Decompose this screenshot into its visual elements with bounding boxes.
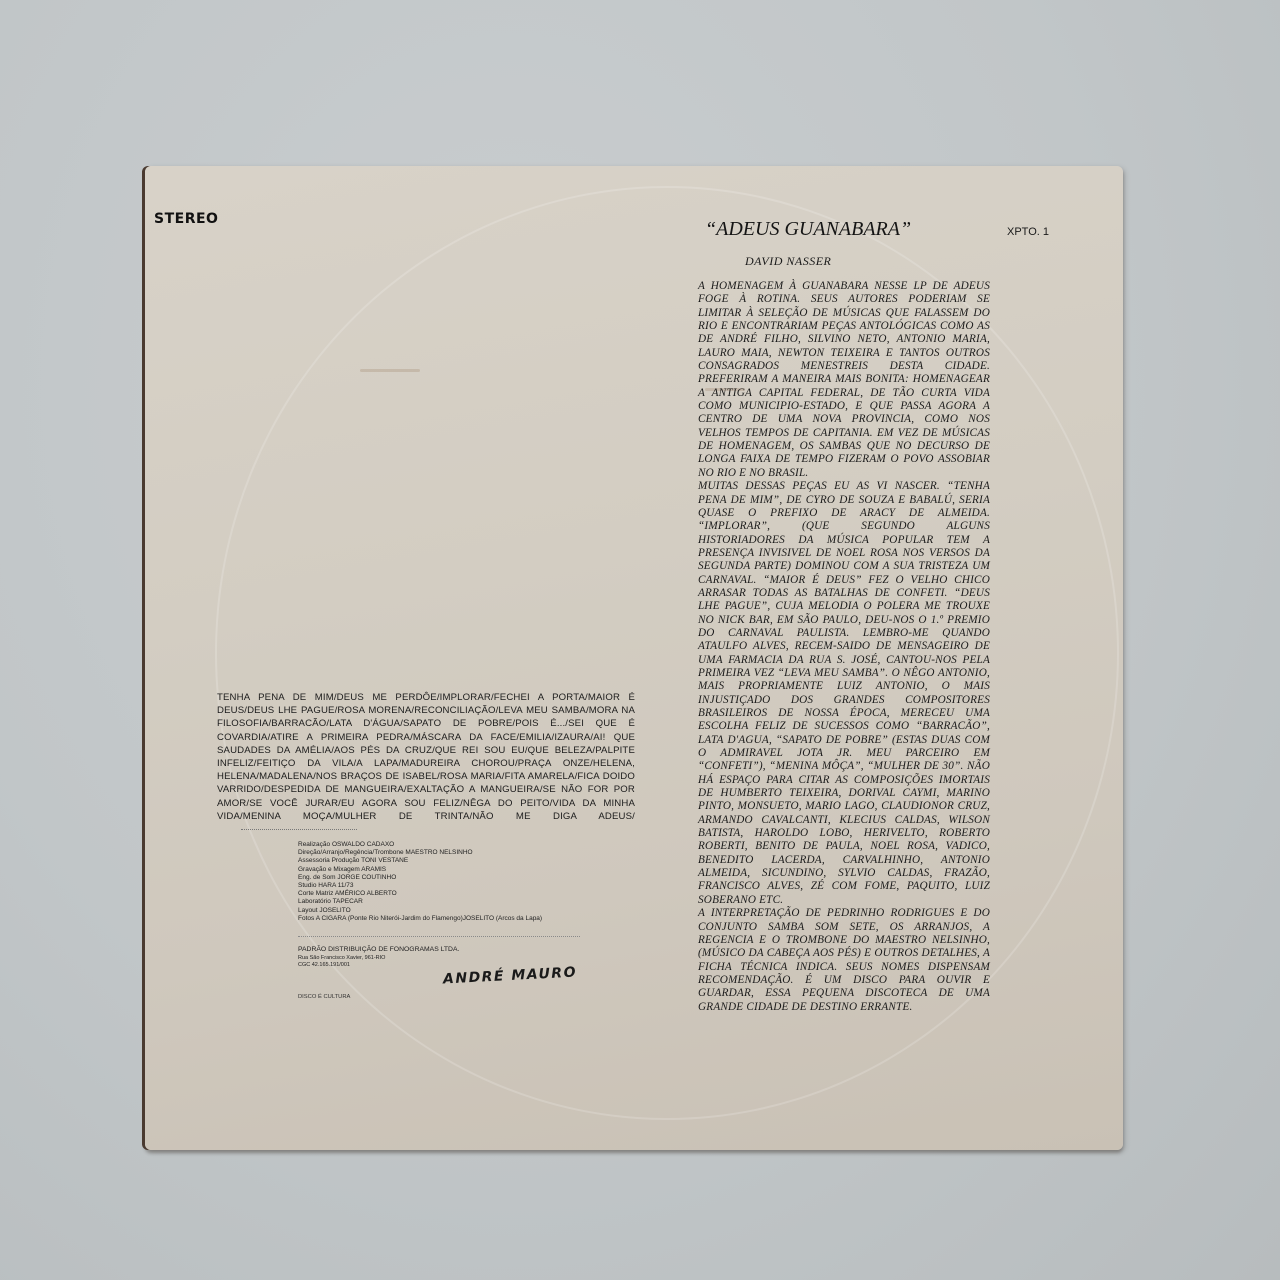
distributor-cgc: CGC 42.165.191/001	[298, 962, 459, 969]
liner-paragraph: A INTERPRETAÇÃO DE PEDRINHO RODRIGUES E …	[698, 907, 990, 1014]
liner-paragraph: MUITAS DESSAS PEÇAS EU AS VI NASCER. “TE…	[698, 480, 990, 907]
liner-notes: A HOMENAGEM À GUANABARA NESSE LP DE ADEU…	[698, 280, 990, 1014]
credits-block: Realização OSWALDO CADAXO Direção/Arranj…	[298, 841, 598, 923]
disco-e-cultura-label: DISCO É CULTURA	[298, 994, 350, 1000]
credit-line: Direção/Arranjo/Regência/Trombone MAESTR…	[298, 849, 598, 857]
credit-line: Studio HARA 11/73	[298, 882, 598, 890]
stain-mark	[360, 369, 420, 372]
distributor-address: Rua São Francisco Xavier, 961-RIO	[298, 955, 459, 962]
credit-line: Corte Matriz AMÉRICO ALBERTO	[298, 890, 598, 898]
credit-line: Eng. de Som JORGE COUTINHO	[298, 874, 598, 882]
stereo-label: STEREO	[154, 211, 218, 227]
credit-line: Gravação e Mixagem ARAMIS	[298, 866, 598, 874]
liner-paragraph: A HOMENAGEM À GUANABARA NESSE LP DE ADEU…	[698, 280, 990, 480]
tracklist: TENHA PENA DE MIM/DEUS ME PERDÔE/IMPLORA…	[217, 691, 635, 836]
distributor-name: PADRÃO DISTRIBUIÇÃO DE FONOGRAMAS LTDA.	[298, 946, 459, 955]
liner-author: DAVID NASSER	[745, 254, 831, 269]
catalog-number: XPTO. 1	[1007, 226, 1049, 238]
credit-line: Laboratório TAPECAR	[298, 898, 598, 906]
credit-line: Assessoria Produção TONI VESTANE	[298, 857, 598, 865]
album-title: “ADEUS GUANABARA”	[705, 218, 911, 241]
lp-back-cover: STEREO XPTO. 1 “ADEUS GUANABARA” DAVID N…	[145, 166, 1123, 1150]
dotted-divider	[298, 936, 580, 937]
tracklist-text: TENHA PENA DE MIM/DEUS ME PERDÔE/IMPLORA…	[217, 692, 635, 822]
dotted-leader	[241, 829, 357, 830]
credit-line: Realização OSWALDO CADAXO	[298, 841, 598, 849]
credit-line: Layout JOSELITO	[298, 907, 598, 915]
distributor-block: PADRÃO DISTRIBUIÇÃO DE FONOGRAMAS LTDA. …	[298, 946, 459, 969]
handwritten-signature: ANDRÉ MAURO	[443, 965, 578, 988]
credit-line: Fotos A CIGARA (Ponte Rio Niterói-Jardim…	[298, 915, 598, 923]
